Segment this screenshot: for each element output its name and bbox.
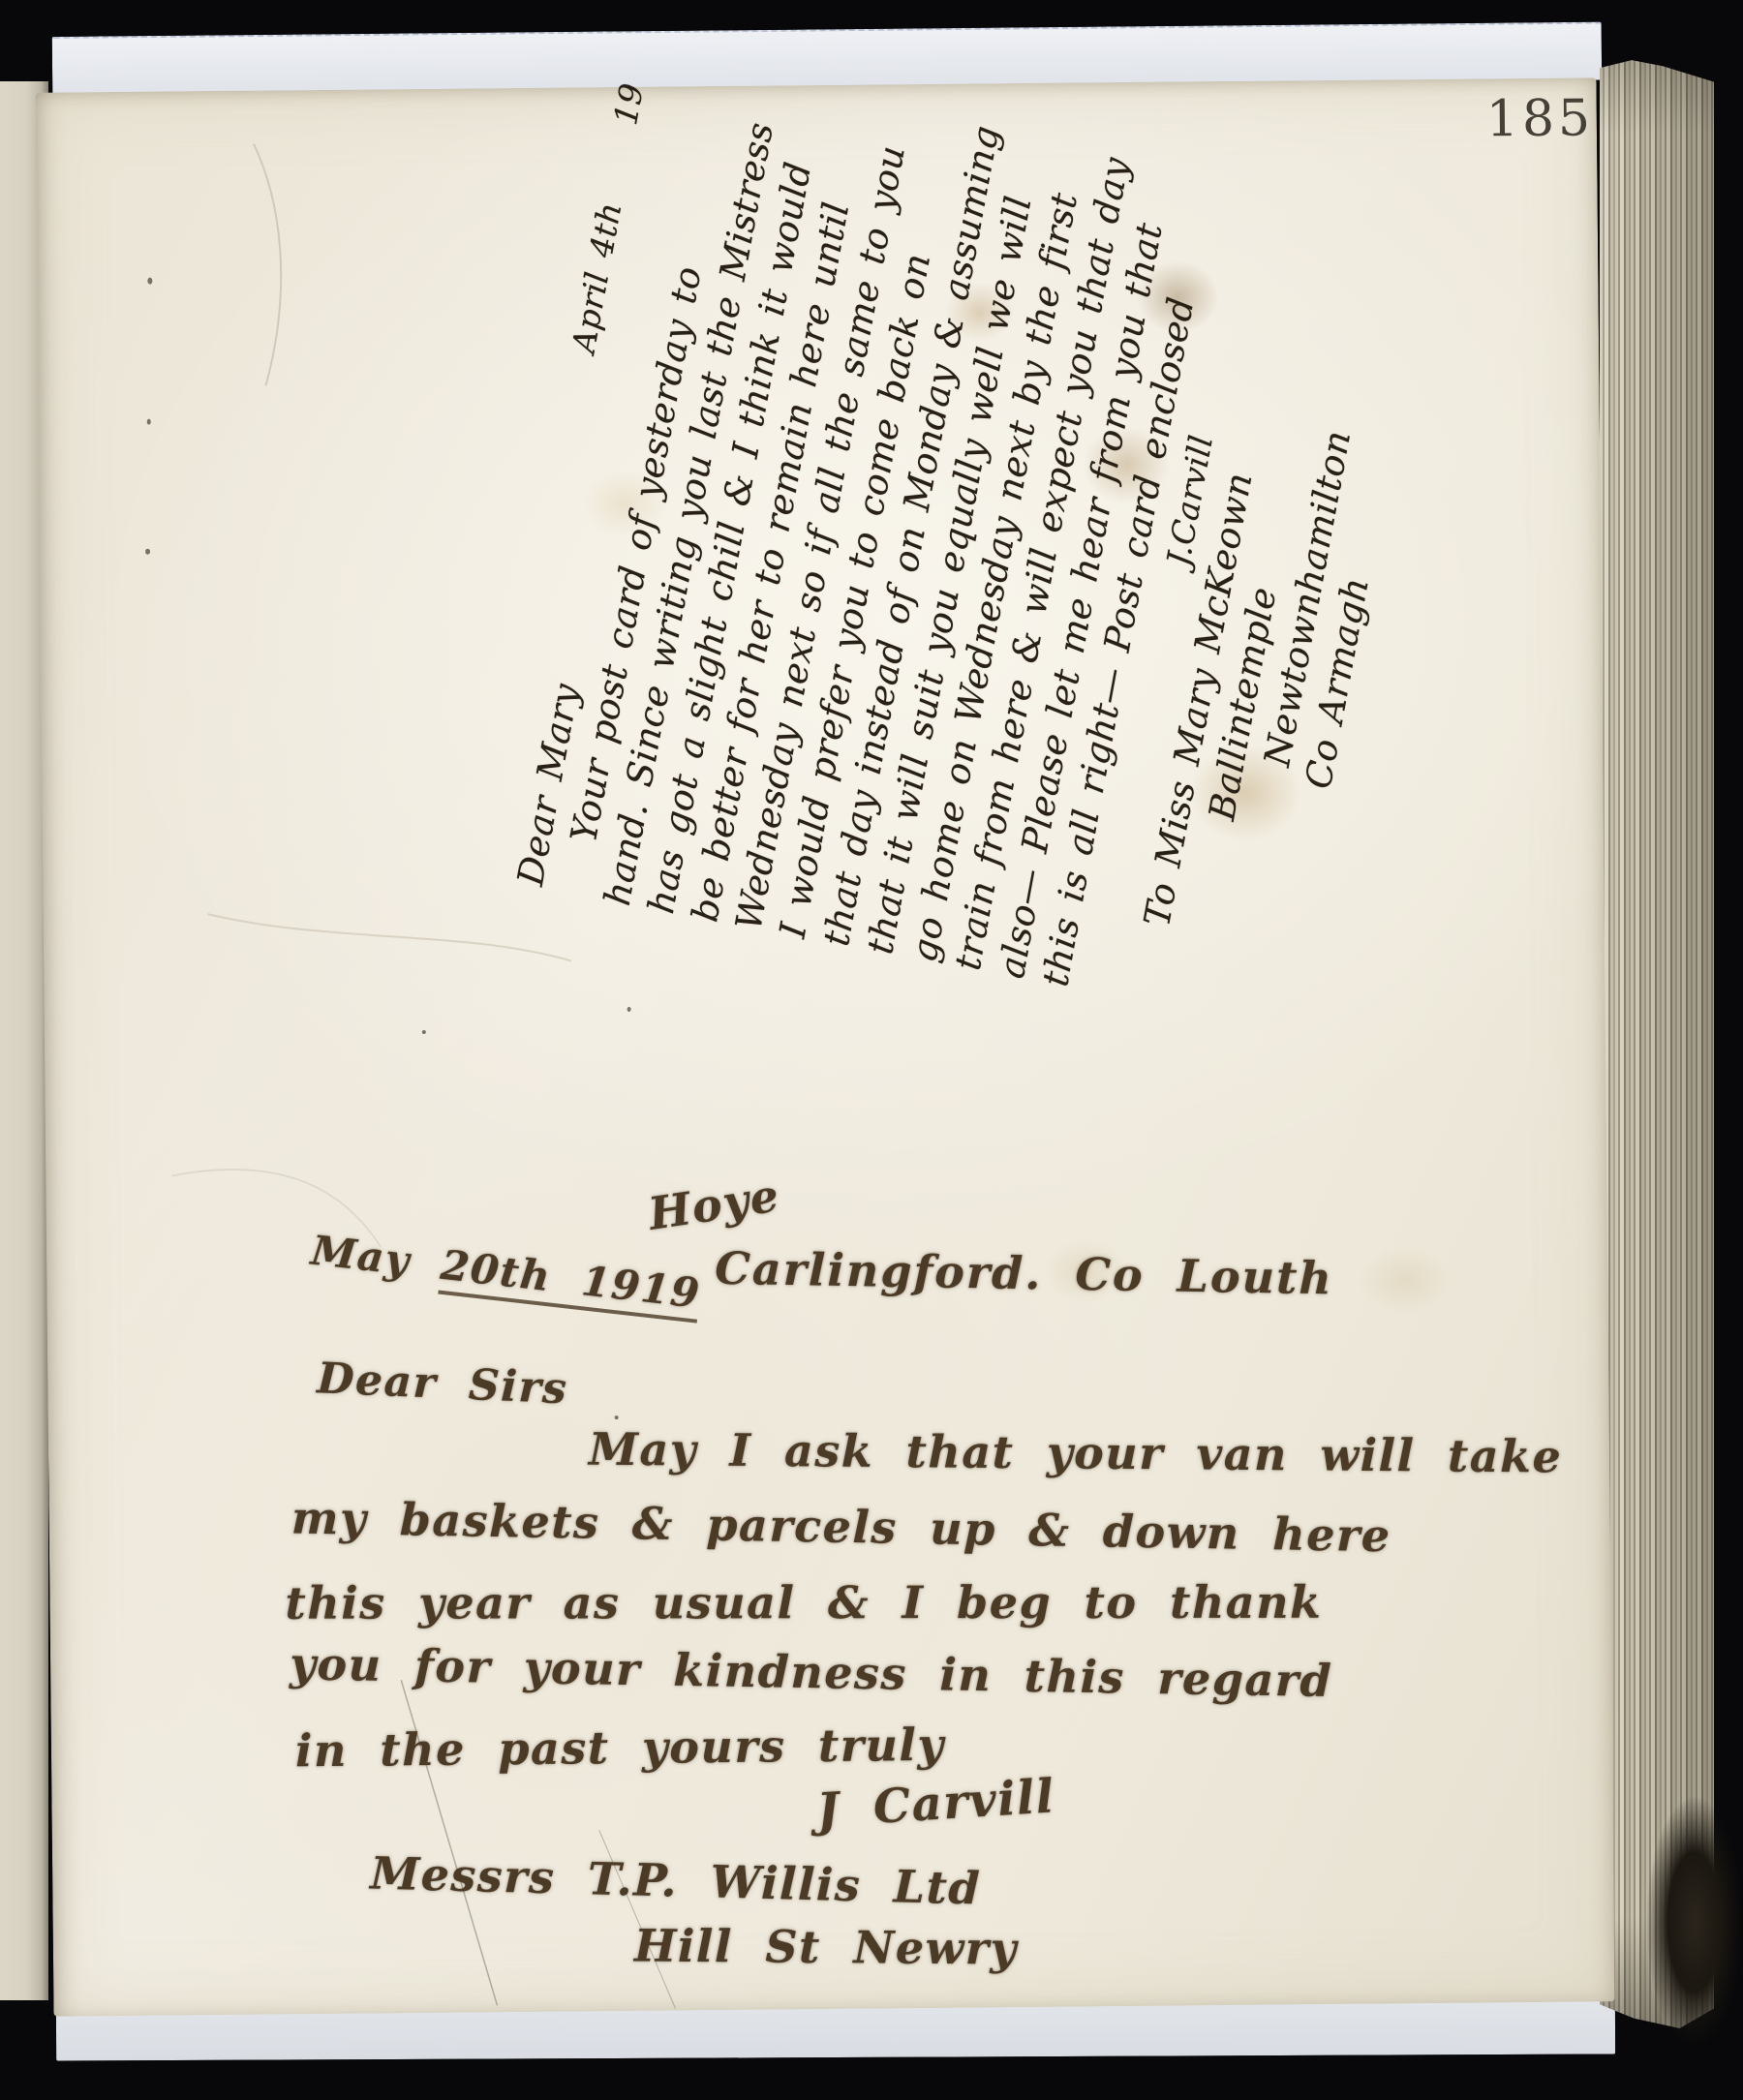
letter-bottom-body-line: May I ask that your van will take [589, 1423, 1563, 1484]
ink-speck [615, 1415, 619, 1419]
letter-bottom-town-line: Carlingford. Co Louth [715, 1242, 1333, 1306]
book-page-stack-edge [1600, 56, 1714, 2036]
letter-bottom-body-line: this year as usual & I beg to thank [285, 1576, 1322, 1630]
page-number: 185 [1486, 93, 1641, 145]
scanned-letter-book-photo: 185 April 4th19 Dear Mary Your post card… [0, 0, 1743, 2100]
letter-book-page: 185 April 4th19 Dear Mary Your post card… [36, 77, 1615, 2016]
letter-bottom-recipient-line: Hill St Newry [634, 1919, 1018, 1975]
pasted-letter-rotated: April 4th19 Dear Mary Your post card of … [464, 96, 1440, 1030]
ink-speck [422, 1030, 426, 1034]
book-cover-corner [1646, 1796, 1743, 2048]
ink-speck [147, 278, 152, 285]
letter-bottom-date-month: May [309, 1227, 413, 1285]
ink-speck [627, 1007, 631, 1012]
letter-top-year-fragment: 19 [606, 80, 651, 128]
letter-bottom-salutation: Dear Sirs [316, 1354, 568, 1415]
ink-speck [145, 549, 150, 555]
letter-bottom-body-line: in the past yours truly [295, 1719, 945, 1779]
ink-speck [147, 419, 151, 425]
